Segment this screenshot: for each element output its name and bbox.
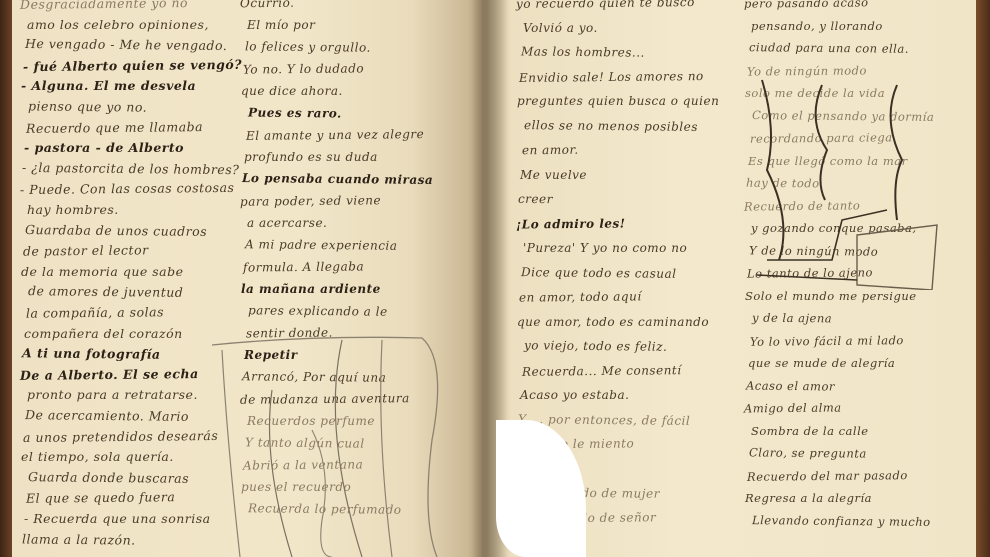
handwritten-line: el tiempo, sola quería. bbox=[21, 449, 174, 464]
handwritten-line: Desgraciadamente yo no bbox=[20, 0, 188, 12]
handwritten-line: A mi padre experiencia bbox=[245, 237, 398, 253]
handwritten-line: pensando, y llorando bbox=[751, 19, 883, 33]
handwritten-line: Acaso yo estaba. bbox=[520, 388, 629, 402]
handwritten-line: Yo no. Y lo dudado bbox=[243, 61, 364, 76]
handwritten-line: Recuerdo del mar pasado bbox=[747, 468, 908, 484]
handwritten-line: Como el pensando ya dormía bbox=[752, 108, 934, 124]
handwritten-line: Recuerda lo perfumado bbox=[248, 501, 402, 517]
handwritten-line: Llevando confianza y mucho bbox=[752, 513, 931, 529]
handwritten-line: Pues es raro. bbox=[248, 106, 342, 121]
handwritten-line: de amores de juventud bbox=[28, 284, 184, 301]
handwritten-line: Ocurrió. bbox=[240, 0, 295, 10]
handwritten-line: en amor, todo aquí bbox=[519, 289, 642, 304]
handwritten-line: El amante y una vez alegre bbox=[246, 127, 424, 143]
handwritten-line: Claro, se pregunta bbox=[749, 445, 867, 460]
handwritten-line: Yo de ningún modo bbox=[747, 63, 867, 78]
handwritten-line: hay hombres. bbox=[27, 202, 119, 217]
handwritten-line: lo felices y orgullo. bbox=[245, 39, 371, 54]
left-page: Desgraciadamente yo noamo los celebro op… bbox=[12, 0, 482, 557]
handwritten-line: pienso que yo no. bbox=[28, 98, 147, 114]
notebook-cover-right-edge bbox=[976, 0, 990, 557]
handwritten-line: de pastor el lector bbox=[23, 243, 149, 259]
handwritten-line: y de la ajena bbox=[752, 311, 832, 326]
handwritten-line: He vengado - Me he vengado. bbox=[25, 36, 227, 53]
handwritten-line: Arrancó, Por aquí una bbox=[242, 369, 386, 385]
handwritten-line: sentir donde. bbox=[246, 326, 333, 341]
handwritten-line: en amor. bbox=[522, 143, 579, 158]
handwritten-line: la compañía, a solas bbox=[26, 304, 164, 320]
handwritten-line: - ¿la pastorcita de los hombres? bbox=[22, 160, 240, 177]
handwritten-line: De a Alberto. El se echa bbox=[20, 366, 199, 383]
handwritten-line: Yo lo vivo fácil a mi lado bbox=[750, 333, 904, 349]
handwritten-line: recordando para ciega. bbox=[750, 130, 897, 146]
handwritten-line: - pastora - de Alberto bbox=[24, 140, 184, 155]
handwritten-line: Recuerdo que me llamaba bbox=[26, 119, 203, 136]
handwritten-line: El mío por bbox=[247, 18, 315, 32]
handwritten-line: llama a la razón. bbox=[22, 531, 136, 547]
handwritten-line: que dice ahora. bbox=[241, 84, 343, 98]
handwritten-line: de mudanza una aventura bbox=[240, 391, 410, 407]
handwritten-line: Acaso el amor bbox=[746, 378, 835, 393]
handwritten-line: - fué Alberto quien se vengó? bbox=[23, 57, 242, 74]
handwritten-line: yo viejo, todo es feliz. bbox=[524, 338, 667, 354]
handwritten-line: - Alguna. El me desvela bbox=[21, 78, 196, 93]
handwritten-line: profundo es su duda bbox=[244, 150, 378, 164]
handwritten-line: de la memoria que sabe bbox=[21, 264, 184, 279]
handwritten-line: - Recuerda que una sonrisa bbox=[24, 511, 211, 526]
handwritten-line: que amor, todo es caminando bbox=[517, 315, 709, 329]
handwritten-line: ciudad para una con ella. bbox=[749, 40, 909, 56]
handwritten-line: pero pasando acaso bbox=[744, 0, 869, 11]
handwritten-line: Y de lo ningún modo bbox=[749, 243, 878, 258]
handwritten-line: a unos pretendidos desearás bbox=[23, 428, 218, 445]
handwritten-line: Guarda donde buscaras bbox=[28, 469, 189, 486]
handwritten-line: la mañana ardiente bbox=[241, 282, 381, 296]
handwritten-line: a acercarse. bbox=[247, 216, 327, 230]
handwritten-line: ellos se no menos posibles bbox=[524, 118, 698, 134]
handwritten-line: pronto para a retratarse. bbox=[27, 387, 198, 402]
handwritten-line: formula. A llegaba bbox=[243, 259, 364, 274]
handwritten-line: Envidio sale! Los amores no bbox=[519, 69, 704, 85]
handwritten-line: - Puede. Con las cosas costosas bbox=[20, 180, 235, 197]
handwritten-line: solo me decide la vida bbox=[745, 86, 885, 100]
handwritten-line: Abrió a la ventana bbox=[243, 457, 363, 472]
handwritten-line: 'Pureza' Y yo no como no bbox=[523, 241, 687, 255]
handwritten-line: Solo el mundo me persigue bbox=[745, 289, 917, 303]
handwritten-line: Amigo del alma bbox=[744, 400, 842, 415]
handwritten-line: que se mude de alegría bbox=[748, 356, 895, 370]
handwritten-line: para poder, sed viene bbox=[240, 193, 381, 208]
handwritten-line: Regresa a la alegría bbox=[745, 491, 872, 505]
handwritten-line: hay de todo bbox=[746, 176, 820, 191]
handwritten-line: Lo pensaba cuando mirasa bbox=[242, 171, 433, 187]
handwritten-line: De acercamiento. Mario bbox=[25, 407, 189, 424]
handwritten-line: A ti una fotografía bbox=[22, 345, 161, 361]
handwritten-line: El que se quedo fuera bbox=[26, 490, 175, 507]
handwritten-line: compañera del corazón bbox=[24, 326, 183, 341]
handwritten-line: Recuerda... Me consentí bbox=[522, 363, 682, 379]
handwritten-line: amo los celebro opiniones, bbox=[27, 17, 209, 32]
handwritten-line: Sombra de la calle bbox=[751, 424, 869, 438]
handwritten-line: Repetir bbox=[244, 348, 298, 362]
handwritten-line: Guardaba de unos cuadros bbox=[25, 222, 207, 239]
handwritten-line: Lo tanto de lo ajeno bbox=[747, 265, 873, 280]
handwritten-line: pues el recuerdo bbox=[241, 480, 351, 494]
handwritten-line: Recuerdo de tanto bbox=[744, 198, 860, 213]
handwritten-line: Me vuelve bbox=[520, 168, 587, 182]
handwritten-line: Recuerdos perfume bbox=[247, 414, 375, 428]
handwritten-line: ¡Lo admiro les! bbox=[516, 216, 626, 231]
handwritten-line: creer bbox=[518, 192, 553, 206]
handwritten-line: Dice que todo es casual bbox=[521, 265, 677, 281]
handwritten-line: preguntes quien busca o quien bbox=[517, 94, 719, 108]
handwritten-line: yo recuerdo quien te buscó bbox=[516, 0, 695, 11]
notebook-cover-left-edge bbox=[0, 0, 12, 557]
handwritten-line: Es que llegó como la mar bbox=[748, 154, 908, 168]
handwritten-line: pares explicando a le bbox=[248, 303, 388, 318]
handwritten-line: Mas los hombres... bbox=[521, 44, 645, 59]
handwritten-line: Y tanto algún cual bbox=[245, 435, 365, 450]
handwritten-line: y gozando conque pasaba, bbox=[751, 221, 917, 235]
handwritten-line: Volvió a yo. bbox=[523, 21, 598, 35]
